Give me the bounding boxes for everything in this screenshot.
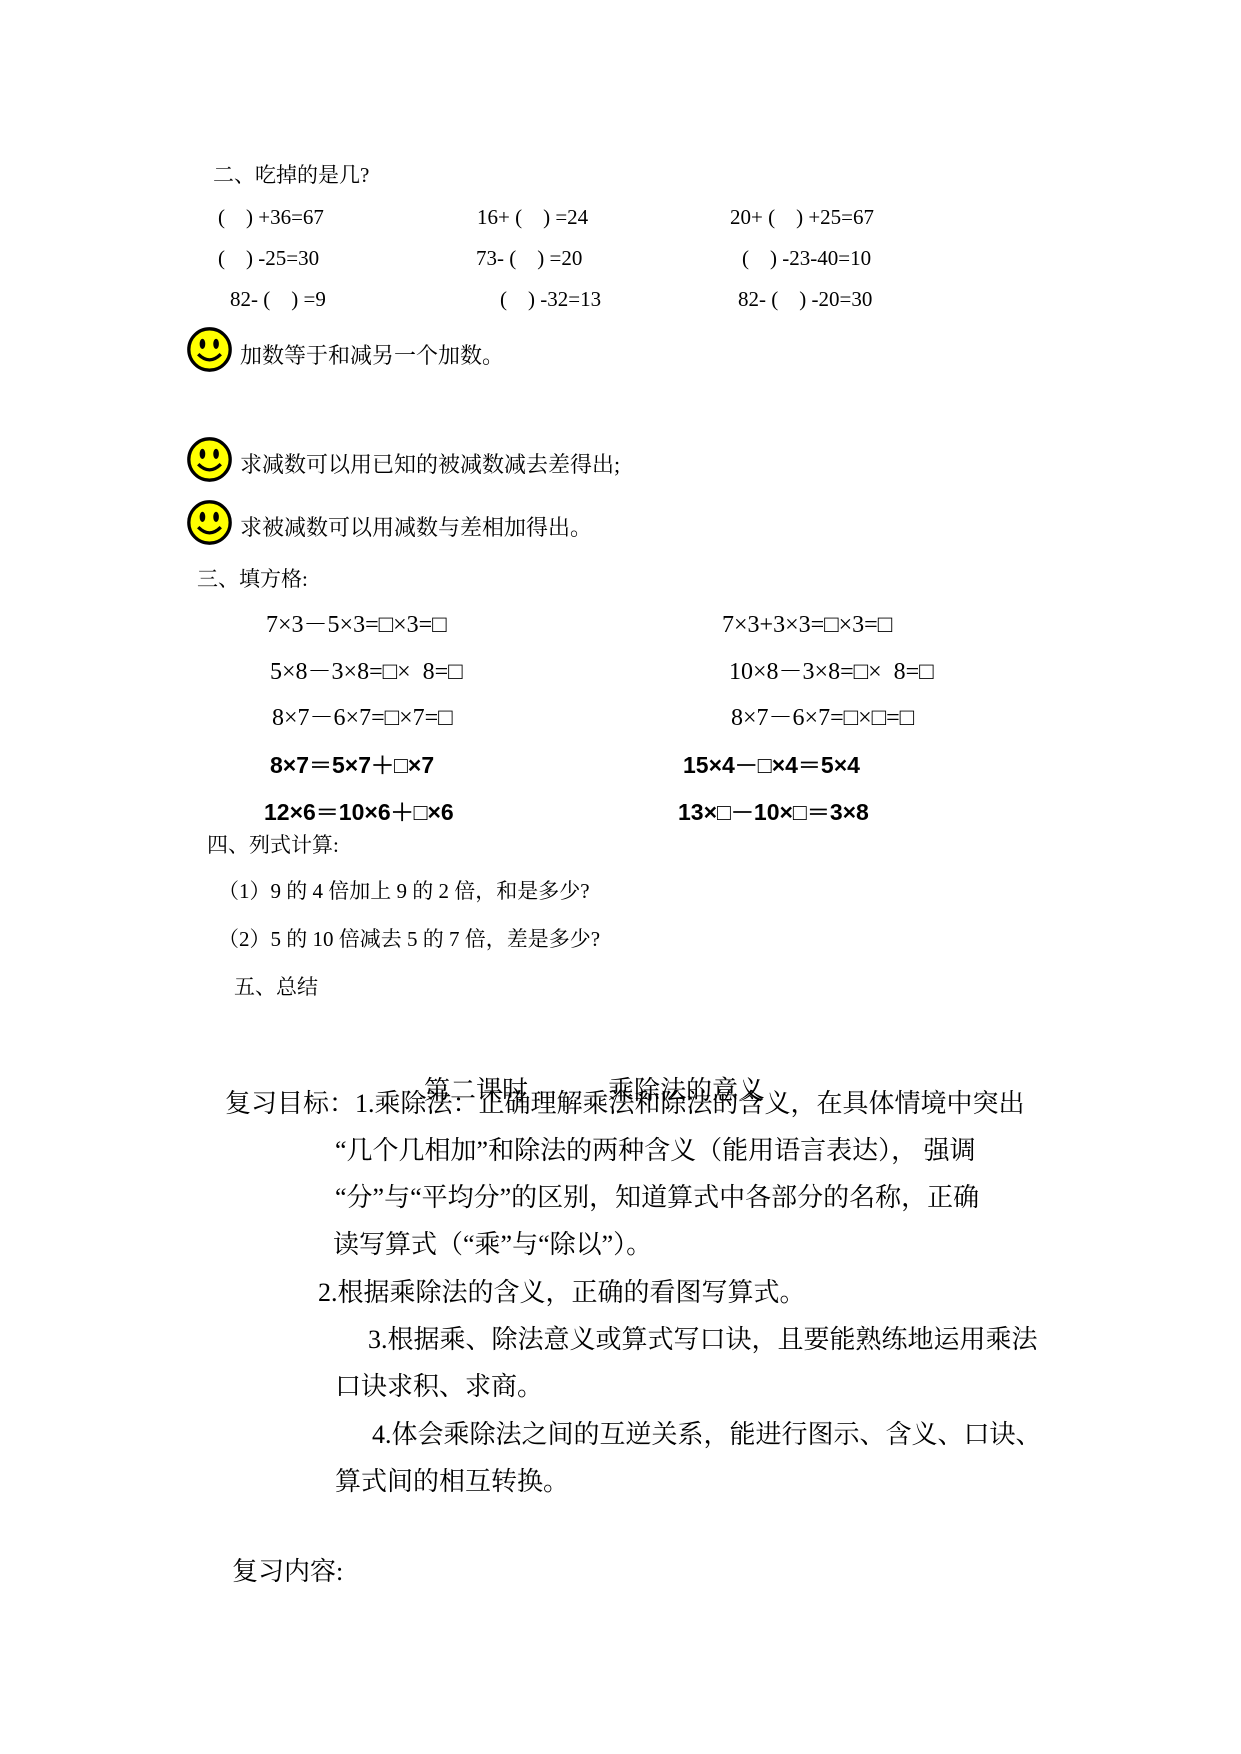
equation: 7×3－5×3=□×3=□ — [266, 610, 447, 640]
paragraph-line: “分”与“平均分”的区别，知道算式中各部分的名称，正确 — [335, 1182, 979, 1215]
equation: ( ) -23-40=10 — [742, 245, 871, 271]
equation: ( ) -32=13 — [500, 286, 601, 312]
equation: 13×□－10×□＝3×8 — [678, 798, 869, 827]
paragraph-line: 2.根据乘除法的含义，正确的看图写算式。 — [318, 1277, 806, 1310]
note-text: 加数等于和减另一个加数。 — [240, 342, 504, 370]
paragraph-line: “几个几相加”和除法的两种含义（能用语言表达）， 强调 — [335, 1135, 976, 1168]
smiley-icon — [186, 499, 233, 546]
equation: 82- ( ) -20=30 — [738, 286, 872, 312]
equation: 20+ ( ) +25=67 — [730, 204, 874, 230]
paragraph-line: 4.体会乘除法之间的互逆关系，能进行图示、含义、口诀、 — [372, 1419, 1042, 1452]
equation: ( ) +36=67 — [218, 204, 324, 230]
document-page: 二、吃掉的是几? ( ) +36=67 16+ ( ) =24 20+ ( ) … — [0, 0, 1241, 1754]
review-content-heading: 复习内容: — [232, 1556, 343, 1589]
section5-heading: 五、总结 — [234, 974, 318, 1000]
equation: 82- ( ) =9 — [230, 286, 326, 312]
note-text: 求被减数可以用减数与差相加得出。 — [240, 514, 592, 542]
equation: 12×6＝10×6＋□×6 — [264, 798, 454, 827]
equation: 8×7－6×7=□×7=□ — [272, 703, 453, 733]
paragraph-line: 3.根据乘、除法意义或算式写口诀，且要能熟练地运用乘法 — [368, 1324, 1038, 1357]
list-item: （1）9 的 4 倍加上 9 的 2 倍，和是多少? — [218, 878, 590, 904]
paragraph-line: 读写算式（“乘”与“除以”）。 — [333, 1229, 652, 1262]
section2-heading: 二、吃掉的是几? — [213, 162, 369, 188]
equation: 8×7－6×7=□×□=□ — [731, 703, 914, 733]
section3-heading: 三、填方格: — [197, 566, 308, 592]
smiley-icon — [186, 436, 233, 483]
equation: 5×8－3×8=□× 8=□ — [270, 657, 463, 687]
section4-heading: 四、列式计算: — [207, 832, 339, 858]
equation: 16+ ( ) =24 — [477, 204, 588, 230]
equation: 8×7＝5×7＋□×7 — [270, 751, 434, 780]
equation: 15×4－□×4＝5×4 — [683, 751, 860, 780]
smiley-icon — [186, 326, 233, 373]
note-text: 求减数可以用已知的被减数减去差得出; — [240, 451, 620, 479]
paragraph-line: 复习目标：1.乘除法：正确理解乘法和除法的含义，在具体情境中突出 — [225, 1088, 1025, 1121]
equation: 10×8－3×8=□× 8=□ — [729, 657, 934, 687]
list-item: （2）5 的 10 倍减去 5 的 7 倍，差是多少? — [218, 926, 600, 952]
paragraph-line: 口诀求积、求商。 — [335, 1371, 543, 1404]
paragraph-line: 算式间的相互转换。 — [335, 1466, 569, 1499]
equation: ( ) -25=30 — [218, 245, 319, 271]
equation: 73- ( ) =20 — [476, 245, 582, 271]
equation: 7×3+3×3=□×3=□ — [722, 610, 892, 640]
